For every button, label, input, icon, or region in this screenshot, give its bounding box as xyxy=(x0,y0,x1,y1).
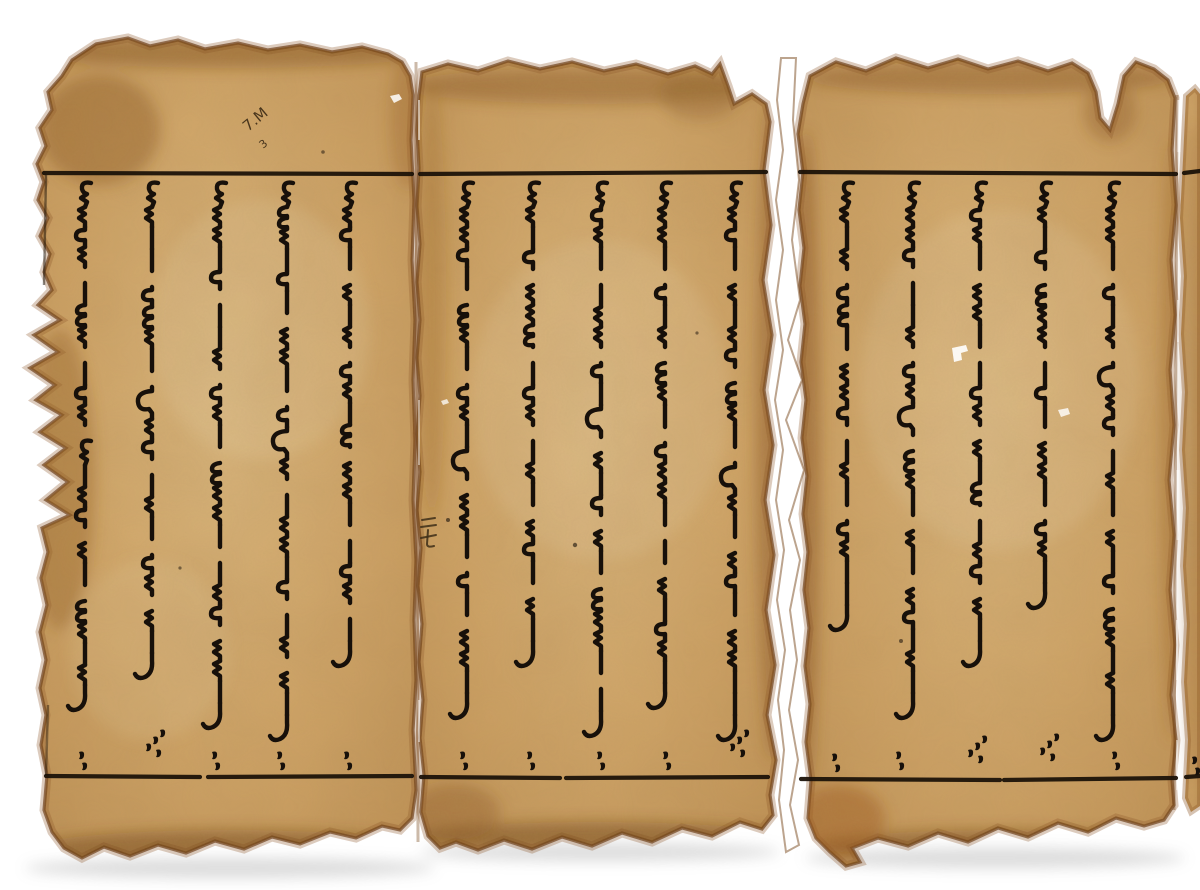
manuscript-canvas: 7.M 3 xyxy=(0,0,1200,890)
manuscript-photograph: 7.M 3 xyxy=(0,0,1200,890)
top-rule xyxy=(44,171,1200,174)
tear-gap xyxy=(775,58,804,852)
